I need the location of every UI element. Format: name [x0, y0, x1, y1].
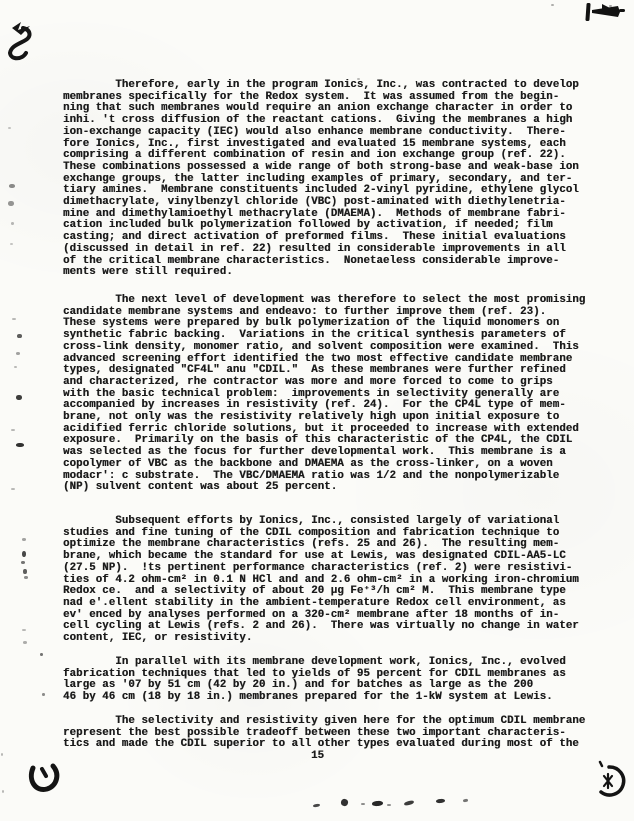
paragraph-3: Subsequent efforts by Ionics, Inc., cons…: [63, 516, 579, 645]
scan-speck: [463, 799, 468, 803]
scan-speck: [24, 576, 28, 579]
circled-star-mark-icon: [592, 758, 632, 804]
scan-speck: [1, 753, 3, 756]
scan-speck: [372, 801, 383, 807]
scan-speck: [16, 352, 20, 355]
scan-speck: [357, 78, 360, 80]
scan-speck: [23, 569, 27, 574]
page-number: 15: [311, 750, 324, 762]
scan-speck: [436, 799, 445, 804]
handwritten-mark-icon: [4, 20, 42, 66]
ink-arrow-mark-icon: [572, 0, 628, 28]
scan-speck: [11, 222, 14, 225]
handwritten-initial-icon: [26, 760, 64, 800]
scan-speck: [16, 395, 22, 400]
scan-speck: [14, 366, 17, 368]
scan-speck: [9, 184, 15, 188]
scan-speck: [22, 538, 26, 541]
scan-speck: [12, 318, 16, 320]
scanned-document-page: Therefore, early in the program Ionics, …: [0, 0, 634, 821]
scan-speck: [551, 4, 554, 6]
scan-speck: [2, 790, 4, 793]
scan-speck: [11, 429, 15, 431]
scan-speck: [42, 693, 45, 696]
paragraph-2: The next level of development was theref…: [63, 295, 585, 494]
scan-speck: [313, 803, 320, 807]
scan-speck: [404, 800, 415, 806]
paragraph-4: In parallel with its membrane developmen…: [63, 657, 566, 704]
scan-speck: [22, 551, 26, 557]
scan-speck: [340, 798, 349, 807]
scan-speck: [10, 243, 13, 245]
paragraph-5: The selectivity and resistivity given he…: [63, 716, 585, 751]
scan-speck: [609, 5, 612, 7]
scan-speck: [8, 127, 11, 129]
scan-speck: [40, 653, 43, 656]
scan-speck: [23, 641, 27, 644]
scan-speck: [22, 629, 26, 631]
scan-speck: [17, 334, 22, 338]
scan-speck: [387, 804, 391, 806]
scan-speck: [8, 201, 14, 206]
paragraph-1: Therefore, early in the program Ionics, …: [63, 80, 579, 279]
scan-speck: [16, 443, 24, 447]
scan-speck: [11, 488, 15, 490]
scan-speck: [361, 803, 365, 805]
scan-speck: [21, 561, 25, 564]
